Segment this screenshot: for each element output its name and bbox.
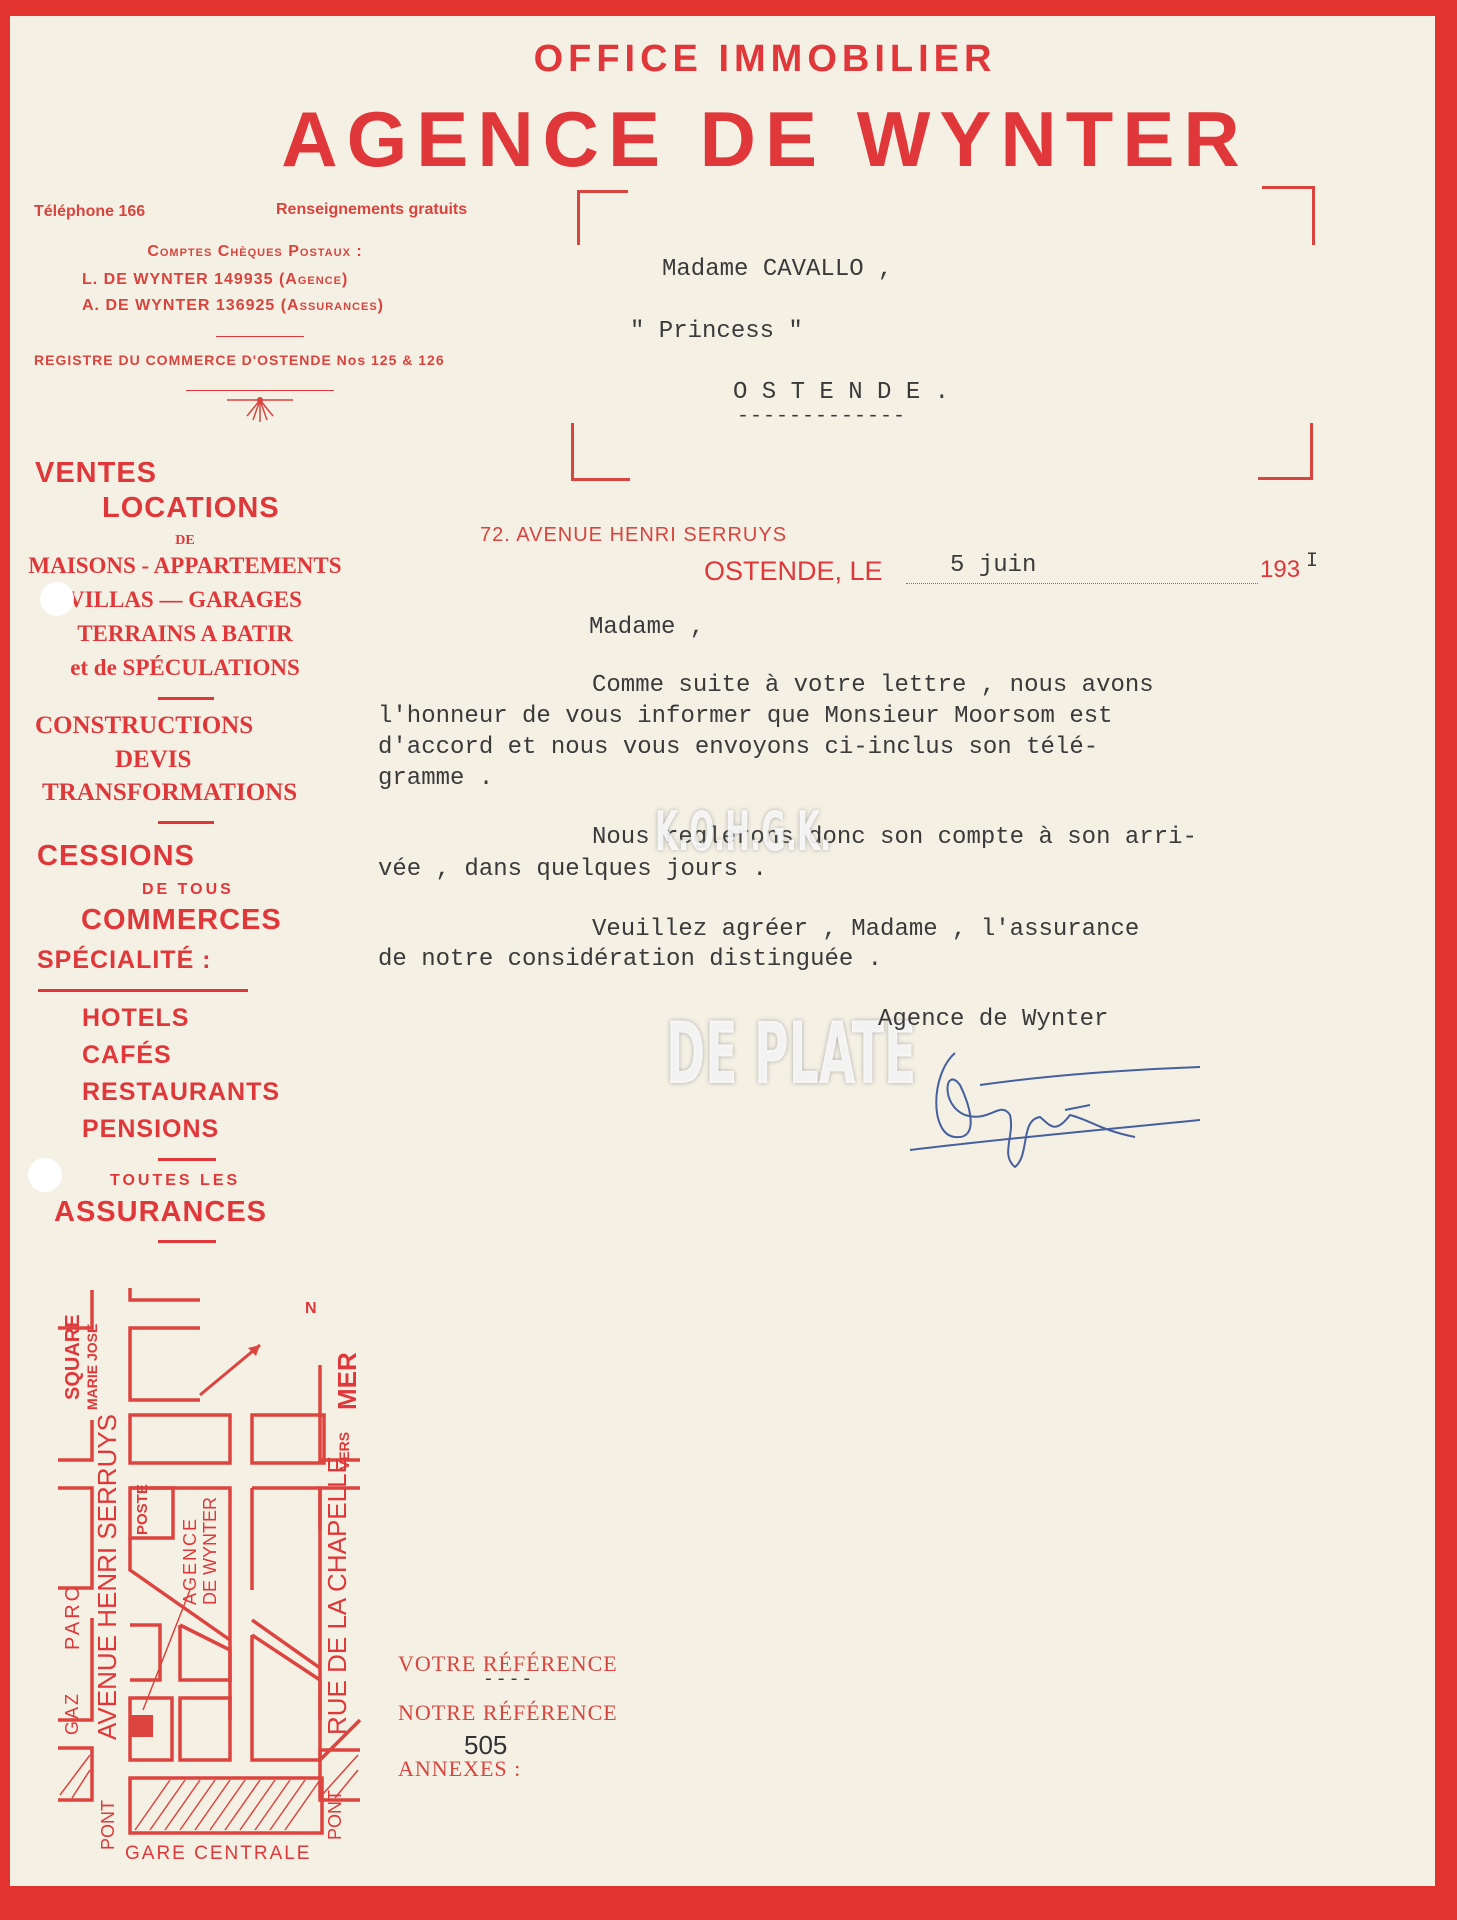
window-corner [1258, 423, 1313, 480]
map-rue-label: RUE DE LA CHAPELLE [322, 1456, 353, 1735]
label-de: DE [0, 533, 370, 549]
red-border-right [1435, 0, 1457, 1920]
map-poste-label: POSTE [134, 1484, 151, 1535]
service-devis: DEVIS [115, 746, 191, 774]
map-gaz-label: GAZ [62, 1692, 83, 1735]
label-specialite: SPÉCIALITÉ : [37, 946, 212, 975]
red-border-left [0, 0, 10, 1920]
service-ventes: VENTES [35, 457, 157, 490]
north-label: N [305, 1300, 317, 1318]
service-speculations: et de SPÉCULATIONS [0, 655, 370, 681]
salutation: Madame , [589, 614, 704, 641]
para1-line4: gramme . [378, 765, 493, 792]
map-marie-jose-label: MARIE JOSÉ [84, 1324, 100, 1410]
agency-title: AGENCE DE WYNTER [0, 94, 1457, 185]
para3-line1: Veuillez agréer , Madame , l'assurance [592, 916, 1139, 943]
divider [158, 1158, 216, 1161]
para1-line1: Comme suite à votre lettre , nous avons [592, 672, 1154, 699]
label-toutes-les: TOUTES LES [110, 1172, 240, 1190]
service-terrains: TERRAINS A BATIR [0, 621, 370, 647]
window-corner [1262, 186, 1315, 245]
divider [158, 1240, 216, 1243]
map-square-label: SQUARE [62, 1314, 85, 1400]
date-city-prefix: OSTENDE, LE [704, 556, 883, 587]
map-avenue-label: AVENUE HENRI SERRUYS [92, 1414, 123, 1740]
red-border-top [0, 0, 1457, 16]
service-cessions: CESSIONS [37, 840, 195, 873]
service-commerces: COMMERCES [81, 904, 282, 937]
divider [38, 989, 248, 992]
punch-hole [40, 582, 74, 616]
date-day: 5 juin [950, 552, 1036, 579]
letter-sheet: OFFICE IMMOBILIER AGENCE DE WYNTER Télép… [0, 0, 1457, 1920]
map-parc-label: PARC [62, 1584, 85, 1650]
our-reference-label: NOTRE RÉFÉRENCE [398, 1700, 618, 1726]
red-border-bottom [0, 1886, 1457, 1920]
recipient-name: Madame CAVALLO , [662, 256, 892, 283]
specialty-restaurants: RESTAURANTS [82, 1078, 280, 1107]
watermark-line1: K.O.H.G.K. [655, 800, 831, 863]
free-info: Renseignements gratuits [276, 201, 467, 219]
signature-name: Agence de Wynter [878, 1006, 1108, 1033]
recipient-hotel: " Princess " [630, 318, 803, 345]
specialty-cafes: CAFÉS [82, 1041, 172, 1070]
para1-line2: l'honneur de vous informer que Monsieur … [378, 703, 1113, 730]
map-agence-label: AGENCE [180, 1517, 201, 1605]
recipient-underline: ------------- [737, 405, 906, 428]
registry: REGISTRE DU COMMERCE D'OSTENDE Nos 125 &… [34, 352, 445, 368]
para3-line2: de notre considération distinguée . [378, 946, 882, 973]
ccp-title: Comptes Chèques Postaux : [0, 243, 510, 261]
para1-line3: d'accord et nous vous envoyons ci-inclus… [378, 734, 1098, 761]
specialty-hotels: HOTELS [82, 1004, 189, 1033]
telephone: Téléphone 166 [34, 203, 145, 221]
map-mer-label: MER [332, 1352, 363, 1410]
handwritten-signature [900, 1045, 1220, 1175]
service-maisons: MAISONS - APPARTEMENTS [0, 553, 370, 579]
recipient-city: O S T E N D E . [733, 379, 949, 406]
divider [186, 390, 334, 391]
office-title: OFFICE IMMOBILIER [0, 38, 1457, 81]
map-pont-left-label: PONT [98, 1800, 119, 1850]
date-line [906, 583, 1258, 584]
date-year-suffix: I [1306, 550, 1318, 573]
punch-hole [28, 1158, 62, 1192]
divider [158, 697, 214, 700]
map-de-wynter-label: DE WYNTER [200, 1497, 221, 1605]
date-year-prefix: 193 [1260, 556, 1300, 584]
specialty-pensions: PENSIONS [82, 1115, 219, 1144]
service-locations: LOCATIONS [102, 492, 280, 525]
map-gare-label: GARE CENTRALE [125, 1843, 311, 1865]
divider [158, 821, 214, 824]
window-corner [577, 190, 628, 245]
agency-address: 72. AVENUE HENRI SERRUYS [480, 524, 787, 547]
label-de-tous: DE TOUS [142, 881, 234, 899]
account-assurances: A. DE WYNTER 136925 (Assurances) [82, 297, 384, 315]
service-assurances: ASSURANCES [54, 1196, 267, 1229]
service-transformations: TRANSFORMATIONS [42, 779, 297, 807]
service-constructions: CONSTRUCTIONS [35, 712, 253, 740]
divider [216, 336, 304, 337]
annexes-label: ANNEXES : [398, 1756, 521, 1782]
your-reference-value: ---- [483, 1670, 534, 1690]
window-corner [571, 423, 630, 481]
map-vers-label: VERS [336, 1432, 352, 1470]
map-pont-right-label: PONT [325, 1790, 346, 1840]
ornament-icon [225, 392, 295, 424]
account-agence: L. DE WYNTER 149935 (Agence) [82, 271, 348, 289]
